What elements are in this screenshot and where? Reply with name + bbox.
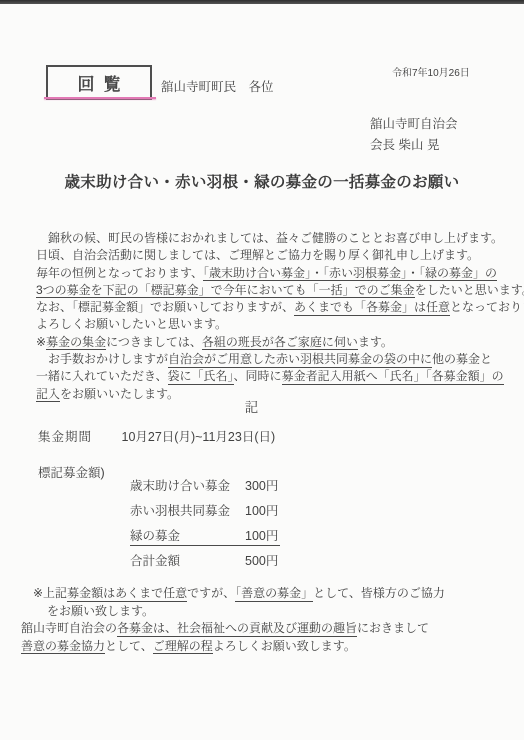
amount-row: 合計金額500円 [130,554,280,568]
plain-text: 一緒に入れていただき、 [36,369,168,383]
underlined-text: 「歳末助け合い募金」・「赤い羽根募金」・「緑の募金」の [203,266,497,282]
plain-text: をしたいと思います。 [415,283,524,297]
plain-text: ですが、 [187,586,235,600]
text-line: ※上記募金額はあくまで任意ですが、「善意の募金」として、皆様方のご協力 [21,585,501,603]
text-line: お手数おかけしますが自治会がご用意した赤い羽根共同募金の袋の中に他の募金と [36,351,498,368]
amount-label: 合計金額 [130,554,245,568]
sender-org: 舘山寺町自治会 [370,114,458,135]
plain-text: 、同時に [234,369,282,383]
amount-row: 緑の募金100円 [130,529,280,546]
amount-row: 赤い羽根共同募金100円 [130,504,280,518]
plain-text: をお願い致します。 [47,604,154,618]
plain-text: につきましては、 [106,335,202,349]
underlined-text: 「善意の募金」 [235,586,313,602]
underlined-text: 各募金は、社会福祉への貢献及び運動の趣旨 [117,621,357,637]
plain-text: 日頃、自治会活動に関しましては、ご理解とご協力を賜り厚く御礼申し上げます。 [36,248,479,262]
body-text: 錦秋の候、町民の皆様におかれましては、益々ご健勝のこととお喜び申し上げます。日頃… [36,230,498,403]
underlined-text: 自治会がご用意した赤い羽根共同募金の袋の中に [168,352,432,368]
text-line: をお願い致します。 [21,603,501,621]
text-line: 3つの募金を下記の「標記募金」で今年においても「一括」でのご集金をしたいと思いま… [36,282,498,299]
text-line: 錦秋の候、町民の皆様におかれましては、益々ご健勝のこととお喜び申し上げます。 [36,230,498,247]
amount-row: 歳末助け合い募金300円 [130,479,280,493]
plain-text: よろしくお願い致します。 [213,639,356,653]
plain-text: よろしくお願いしたいと思います。 [36,317,227,331]
underlined-text: 募金の集金 [46,335,106,351]
text-line: よろしくお願いしたいと思います。 [36,316,498,333]
amounts-heading: 標記募金額) [38,463,105,481]
kairan-circulation-stamp: 回覧 [46,65,152,100]
underlined-text: 各組の班長が各ご家庭に伺い [202,335,358,351]
sender-chairman: 会長 柴山 晃 [370,135,458,156]
text-line: 善意の募金協力として、ご理解の程よろしくお願い致します。 [21,638,501,656]
plain-text: ※ [36,335,46,349]
sender-block: 舘山寺町自治会 会長 柴山 晃 [370,114,458,156]
amount-value: 500円 [245,554,278,568]
text-line: 舘山寺町自治会の各募金は、社会福祉への貢献及び運動の趣旨におきまして [21,620,501,638]
plain-text: 他の募金と [432,352,492,366]
plain-text: 錦秋の候、町民の皆様におかれましては、益々ご健勝のこととお喜び申し上げます。 [48,231,503,245]
underlined-text: 募金額はあくまで任意 [67,586,187,602]
collection-period: 集金期間 10月27日(月)~11月23日(日) [38,427,275,445]
plain-text: となっております。 [450,300,524,314]
document-page: 回覧 舘山寺町町民 各位 令和7年10月26日 舘山寺町自治会 会長 柴山 晃 … [0,0,524,740]
plain-text: として、 [105,639,153,653]
text-line: 日頃、自治会活動に関しましては、ご理解とご協力を賜り厚く御礼申し上げます。 [36,247,498,264]
scan-edge-artifact [0,0,524,4]
plain-text: ます。 [358,335,393,349]
underlined-text: 善意の募金協力 [21,639,105,655]
plain-text: ※上記 [33,586,67,600]
amount-value: 100円 [245,504,278,518]
period-value: 10月27日(月)~11月23日(日) [122,430,276,444]
document-date: 令和7年10月26日 [392,64,470,79]
text-line: 一緒に入れていただき、袋に「氏名」、同時に募金者記入用紙へ「氏名」「各募金額」の [36,368,498,385]
amount-label: 緑の募金 [130,529,245,543]
recipient: 舘山寺町町民 各位 [161,77,274,95]
plain-text: なお、「標記募金額」でお願いしておりますが、 [36,300,294,314]
kairan-label: 回覧 [69,70,130,95]
plain-text: 舘山寺町自治会の [21,621,117,635]
amounts-table: 歳末助け合い募金300円赤い羽根共同募金100円緑の募金100円合計金額500円 [130,479,280,579]
plain-text: として、皆様方のご協力 [313,586,445,600]
plain-text: お手数おかけしますが [48,352,168,366]
text-line: 毎年の恒例となっております、「歳末助け合い募金」・「赤い羽根募金」・「緑の募金」… [36,265,498,282]
underlined-text: ご理解の程 [153,639,213,655]
underlined-text: 3つの募金を下記の「標記募金」で今年においても「一括」でのご集金 [36,283,415,299]
kairan-pink-underline [44,97,156,99]
underlined-text: 募金者記入用紙へ「氏名」「各募金額」の [282,369,504,385]
plain-text: 毎年の恒例となっております、 [36,266,203,280]
amount-value: 300円 [245,479,278,493]
period-label: 集金期間 [38,430,92,444]
amount-value: 100円 [245,529,278,543]
ki-heading: 記 [0,396,504,416]
amount-label: 赤い羽根共同募金 [130,504,245,518]
underlined-text: あくまでも「各募金」は任意 [294,300,450,316]
plain-text: におきまして [357,621,429,635]
text-line: なお、「標記募金額」でお願いしておりますが、あくまでも「各募金」は任意となってお… [36,299,498,316]
document-title: 歳末助け合い・赤い羽根・緑の募金の一括募金のお願い [0,170,524,192]
amount-label: 歳末助け合い募金 [130,479,245,493]
notes-text: ※上記募金額はあくまで任意ですが、「善意の募金」として、皆様方のご協力をお願い致… [21,585,501,655]
text-line: ※募金の集金につきましては、各組の班長が各ご家庭に伺います。 [36,334,498,351]
underlined-text: 袋に「氏名」 [168,369,234,385]
